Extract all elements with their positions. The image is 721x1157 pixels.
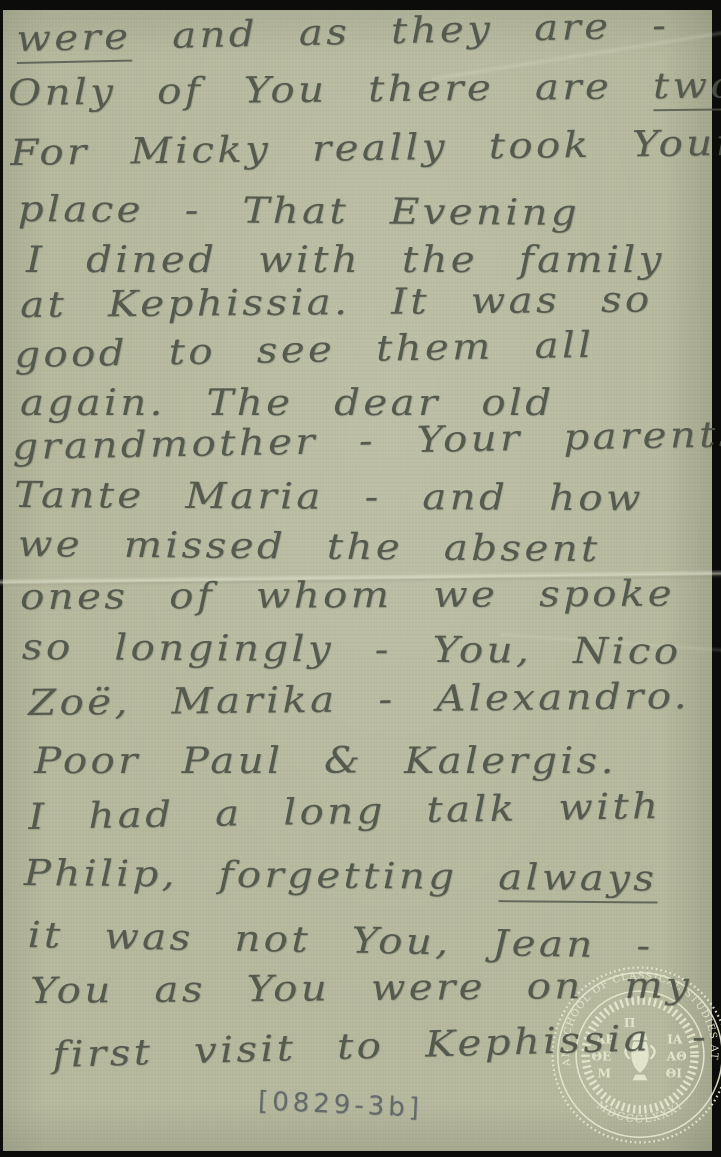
- handwriting-line: we missed the absent: [18, 527, 601, 568]
- handwriting-line: I dined with the family: [26, 243, 665, 279]
- handwriting-text: Poor Paul & Kalergis.: [34, 741, 617, 782]
- handwriting-text: we missed the absent: [18, 524, 601, 570]
- handwriting-text: You as You were on my: [30, 965, 692, 1012]
- letter-scan: AMERICAN SCHOOL OF CLASSICAL STUDIES AT …: [0, 0, 721, 1157]
- handwriting-line: first visit to Kephissia -: [52, 1020, 709, 1074]
- handwriting-line: For Micky really took Your: [10, 126, 721, 172]
- handwriting-line: ones of whom we spoke: [20, 577, 675, 616]
- handwriting-text: Only of You there are: [8, 66, 653, 114]
- handwriting-line: so longingly - You, Nico: [22, 630, 682, 671]
- handwriting-line: again. The dear old: [20, 386, 554, 422]
- handwriting-text: first visit to Kephissia -: [52, 1017, 710, 1076]
- handwriting-text: and as they are -: [131, 5, 670, 57]
- handwriting-line: Only of You there are two.: [8, 68, 721, 112]
- handwriting-line: Philip, forgetting always: [24, 856, 658, 898]
- handwriting-text: it was not You, Jean -: [27, 915, 653, 967]
- handwriting-text: at Kephissia. It was so: [20, 279, 653, 326]
- handwriting-line: place - That Evening: [18, 192, 580, 232]
- handwriting-text: I dined with the family: [26, 240, 665, 281]
- handwriting-text: again. The dear old: [20, 383, 554, 424]
- handwriting-text: place - That Evening: [18, 189, 580, 234]
- handwriting-line: at Kephissia. It was so: [20, 282, 653, 324]
- handwriting-text: Zoë, Marika - Alexandro.: [28, 676, 690, 724]
- handwriting-underlined-word: always: [498, 857, 658, 903]
- handwriting-text: Philip, forgetting: [24, 853, 499, 898]
- handwriting-text: ones of whom we spoke: [20, 574, 675, 618]
- handwriting-line: I had a long talk with: [28, 789, 662, 836]
- handwriting-text: For Micky really took Your: [10, 123, 721, 174]
- handwriting-text: good to see them all: [14, 325, 595, 376]
- handwriting-line: grandmother - Your parents: [12, 417, 721, 466]
- handwriting-line: Tante Maria - and how: [14, 478, 644, 517]
- handwriting-underlined-word: were: [16, 17, 132, 64]
- handwriting-line: You as You were on my: [30, 968, 692, 1010]
- handwriting-line: good to see them all: [14, 328, 595, 374]
- handwriting-line: were and as they are -: [16, 8, 670, 58]
- handwriting-text: Tante Maria - and how: [14, 475, 644, 519]
- handwriting-text: so longingly - You, Nico: [22, 627, 682, 673]
- handwriting-text: I had a long talk with: [28, 786, 662, 838]
- letter-body: were and as they are -Only of You there …: [0, 0, 721, 1157]
- handwriting-underlined-word: two.: [653, 65, 721, 111]
- handwriting-line: it was not You, Jean -: [27, 918, 653, 965]
- handwriting-line: Poor Paul & Kalergis.: [34, 744, 617, 780]
- handwriting-line: Zoë, Marika - Alexandro.: [28, 679, 690, 722]
